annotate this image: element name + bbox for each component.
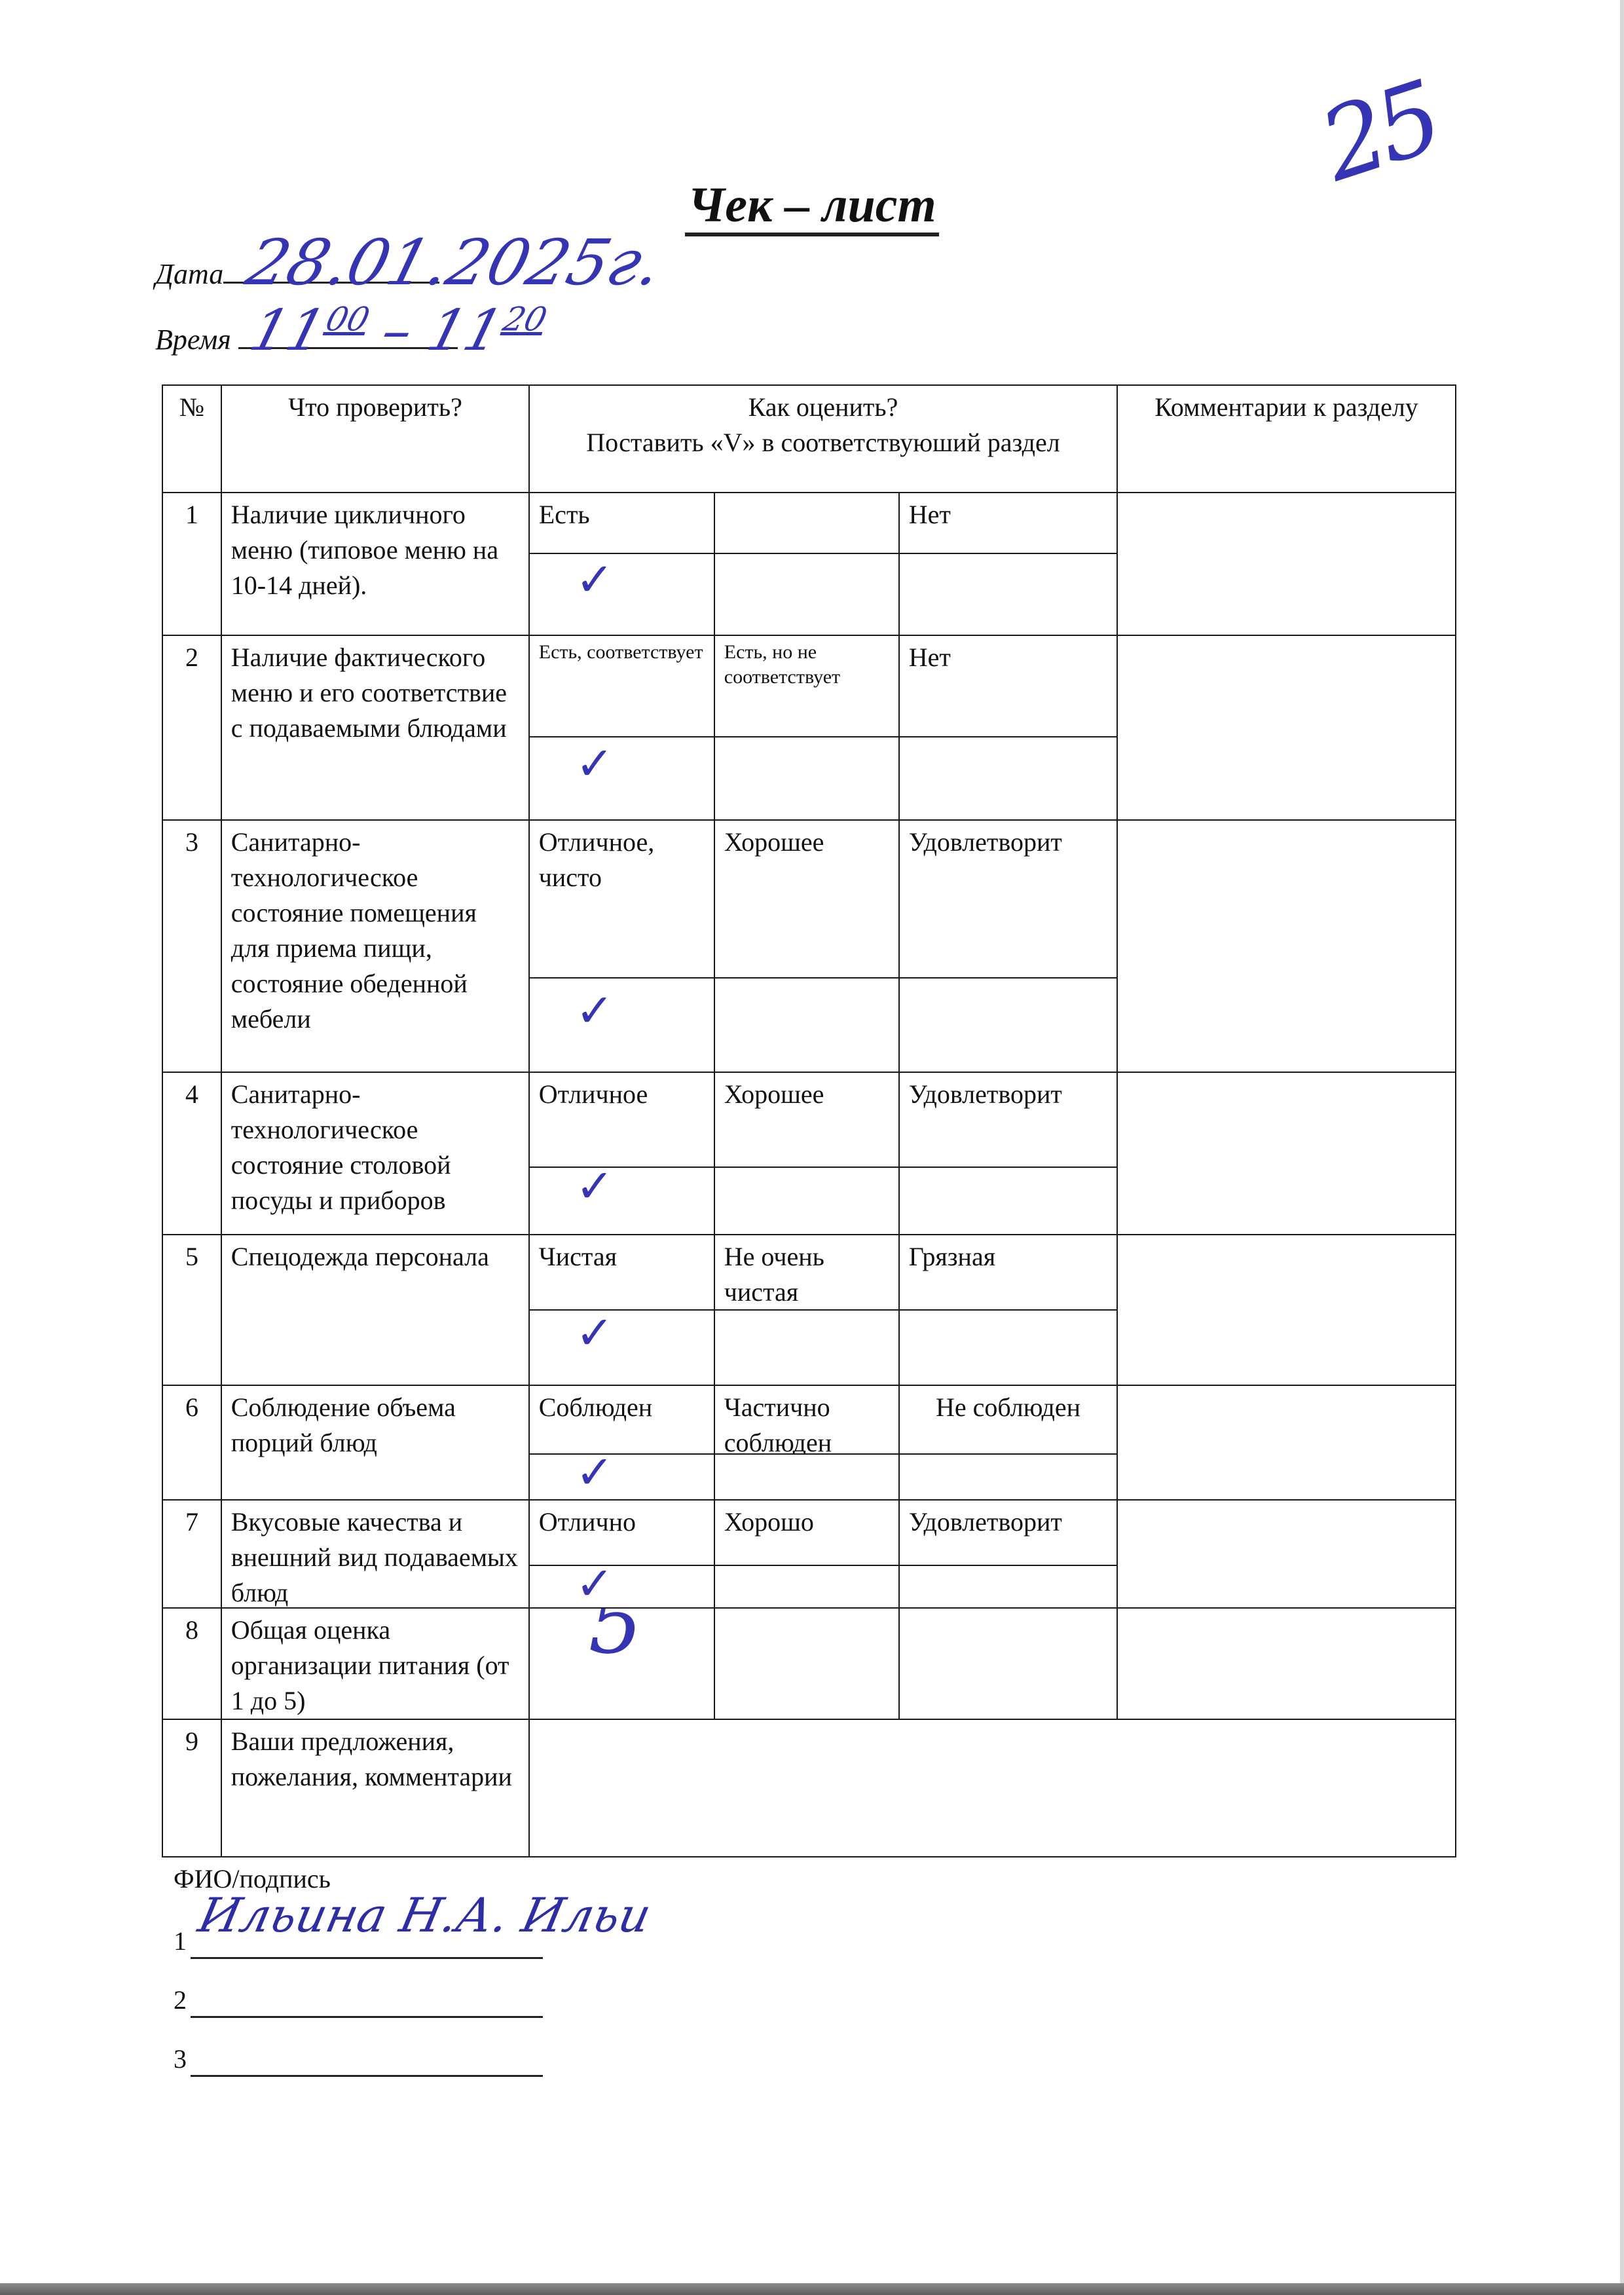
check-mark-icon: ✓	[576, 1315, 614, 1351]
row-number: 8	[162, 1607, 223, 1721]
signature-number: 2	[174, 1985, 187, 2015]
document-title: Чек – лист	[0, 177, 1624, 234]
time-value[interactable]: 1100 – 1120	[244, 298, 552, 364]
row-question: Ваши предложения, пожелания, комментарии	[221, 1719, 530, 1858]
grade-empty[interactable]	[714, 1607, 900, 1721]
option-label: Соблюден	[528, 1385, 716, 1455]
option-checkbox[interactable]	[714, 1453, 900, 1501]
option-label: Чистая	[528, 1234, 716, 1311]
option-label: Отлично	[528, 1499, 716, 1567]
header-number: №	[162, 384, 223, 494]
option-checkbox[interactable]	[898, 1453, 1118, 1501]
row-comment[interactable]	[1116, 1072, 1457, 1236]
title-text: Чек – лист	[685, 177, 938, 236]
checklist-table: №Что проверить?Как оценить? Поставить «V…	[162, 385, 1456, 1857]
row-question: Наличие цикличного меню (типовое меню на…	[221, 492, 530, 637]
row-number: 6	[162, 1385, 223, 1501]
option-checkbox[interactable]: ✓	[528, 553, 716, 637]
grade-value: 5	[589, 1607, 643, 1641]
check-mark-icon: ✓	[576, 1455, 614, 1490]
option-checkbox[interactable]	[714, 553, 900, 637]
signature-underline	[191, 2075, 543, 2077]
row-question: Санитарно-технологическое состояние поме…	[221, 819, 530, 1073]
option-label: Отличное, чисто	[528, 819, 716, 979]
option-label: Хорошее	[714, 819, 900, 979]
row-comment[interactable]	[1116, 635, 1457, 821]
row-number: 9	[162, 1719, 223, 1858]
time-label: Время	[155, 324, 231, 356]
header-how: Как оценить? Поставить «V» в соответству…	[528, 384, 1118, 494]
option-label: Удовлетворит	[898, 819, 1118, 979]
option-checkbox[interactable]	[898, 977, 1118, 1073]
check-mark-icon: ✓	[576, 1566, 614, 1601]
option-checkbox[interactable]	[898, 736, 1118, 821]
option-checkbox[interactable]	[714, 736, 900, 821]
option-checkbox[interactable]	[714, 1166, 900, 1236]
option-label: Не очень чистая	[714, 1234, 900, 1311]
signature-underline	[191, 2016, 543, 2018]
row-number: 3	[162, 819, 223, 1073]
grade-empty[interactable]	[898, 1607, 1118, 1721]
row-number: 1	[162, 492, 223, 637]
check-mark-icon: ✓	[576, 993, 614, 1028]
signature-number: 1	[174, 1926, 187, 1956]
option-checkbox[interactable]	[898, 1309, 1118, 1387]
row-question: Спецодежда персонала	[221, 1234, 530, 1387]
option-label: Есть, соответствует	[528, 635, 716, 738]
grade-cell[interactable]: 5	[528, 1607, 716, 1721]
row-question: Наличие фактического меню и его соответс…	[221, 635, 530, 821]
option-checkbox[interactable]: ✓	[528, 977, 716, 1073]
option-checkbox[interactable]: ✓	[528, 1453, 716, 1501]
row-question: Вкусовые качества и внешний вид подаваем…	[221, 1499, 530, 1609]
row-number: 7	[162, 1499, 223, 1609]
option-label: Грязная	[898, 1234, 1118, 1311]
row-number: 4	[162, 1072, 223, 1236]
date-label: Дата	[155, 258, 223, 290]
row-comment[interactable]	[1116, 819, 1457, 1073]
row-comment[interactable]	[1116, 1499, 1457, 1609]
header-comments: Комментарии к разделу	[1116, 384, 1457, 494]
time-end-min: 20	[499, 300, 551, 338]
option-label: Есть, но не соответствует	[714, 635, 900, 738]
option-label: Удовлетворит	[898, 1072, 1118, 1168]
signature-number: 3	[174, 2044, 187, 2074]
suggestions-field[interactable]	[528, 1719, 1457, 1858]
option-label: Хорошо	[714, 1499, 900, 1567]
option-label: Нет	[898, 635, 1118, 738]
option-checkbox[interactable]	[898, 553, 1118, 637]
option-checkbox[interactable]	[714, 1309, 900, 1387]
signature-underline	[191, 1957, 543, 1959]
row-comment[interactable]	[1116, 1607, 1457, 1721]
row-comment[interactable]	[1116, 492, 1457, 637]
option-checkbox[interactable]	[898, 1565, 1118, 1609]
option-checkbox[interactable]	[714, 1565, 900, 1609]
option-label: Отличное	[528, 1072, 716, 1168]
signature-line-3[interactable]: 3	[174, 2043, 187, 2074]
option-checkbox[interactable]	[898, 1166, 1118, 1236]
row-comment[interactable]	[1116, 1385, 1457, 1501]
signature-ink: Ильина Н.А. Ильи	[194, 1888, 655, 1943]
row-number: 2	[162, 635, 223, 821]
option-checkbox[interactable]: ✓	[528, 1565, 716, 1609]
row-question: Санитарно-технологическое состояние стол…	[221, 1072, 530, 1236]
option-label: Есть	[528, 492, 716, 555]
time-start-hour: 11	[244, 298, 333, 364]
option-checkbox[interactable]: ✓	[528, 736, 716, 821]
option-label: Хорошее	[714, 1072, 900, 1168]
option-label: Удовлетворит	[898, 1499, 1118, 1567]
signature-line-2[interactable]: 2	[174, 1985, 187, 2015]
header-what: Что проверить?	[221, 384, 530, 494]
option-checkbox[interactable]	[714, 977, 900, 1073]
row-question: Общая оценка организации питания (от 1 д…	[221, 1607, 530, 1721]
check-mark-icon: ✓	[576, 1168, 614, 1204]
option-label: Частично соблюден	[714, 1385, 900, 1455]
date-value[interactable]: 28.01.2025г.	[239, 226, 671, 299]
option-checkbox[interactable]: ✓	[528, 1166, 716, 1236]
scan-edge-right	[1620, 0, 1624, 2295]
check-mark-icon: ✓	[576, 746, 614, 781]
signature-block: ФИО/подпись 1 Ильина Н.А. Ильи 2 3	[174, 1863, 331, 1894]
row-number: 5	[162, 1234, 223, 1387]
option-checkbox[interactable]: ✓	[528, 1309, 716, 1387]
row-question: Соблюдение объема порций блюд	[221, 1385, 530, 1501]
signature-line-1[interactable]: 1 Ильина Н.А. Ильи	[174, 1926, 187, 1956]
check-mark-icon: ✓	[576, 562, 614, 597]
scan-edge-bottom	[0, 2283, 1624, 2295]
option-label: Нет	[898, 492, 1118, 555]
option-label	[714, 492, 900, 555]
row-comment[interactable]	[1116, 1234, 1457, 1387]
option-label: Не соблюден	[898, 1385, 1118, 1455]
